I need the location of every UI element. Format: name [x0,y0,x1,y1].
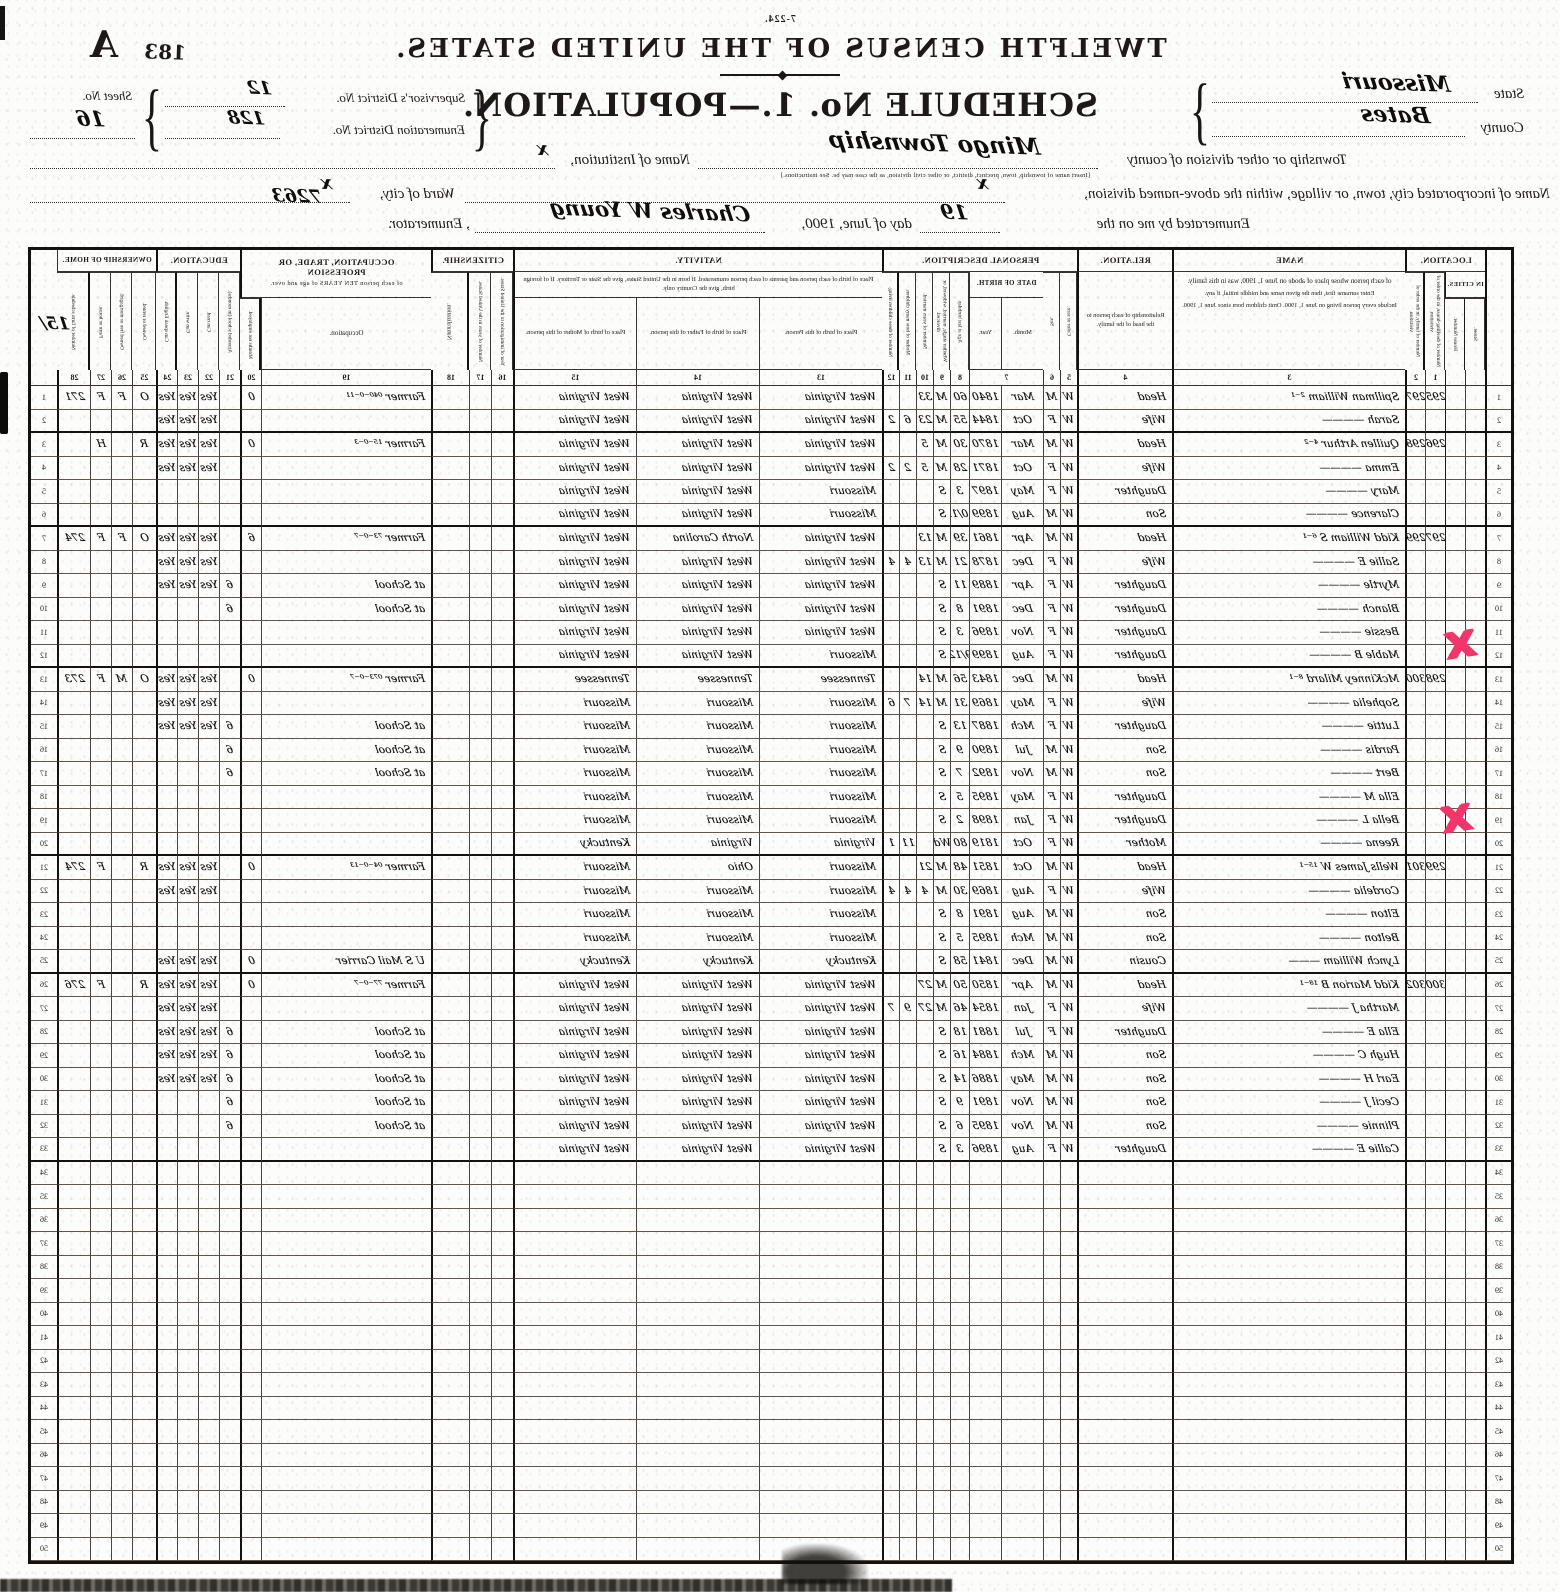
cell-cl: 2 [882,457,899,481]
cell-sc [219,1420,240,1444]
cell-fn [57,762,90,786]
cell-en [156,1162,177,1186]
cell-mar: S [933,786,950,810]
cell-cl [882,1303,899,1327]
line-number: 15 [1485,715,1511,739]
cell-age: 39 [950,527,969,551]
cell-race: W [1060,1044,1077,1068]
col-read: Can read. [198,272,219,370]
cell-street [1465,997,1485,1021]
cell-im [491,1091,513,1115]
cell-race: W [1060,927,1077,951]
cell-house [1445,1185,1465,1209]
cell-en [156,786,177,810]
cell-cl [882,645,899,669]
cell-fn [57,1068,90,1092]
cell-race: W [1060,645,1077,669]
cell-cl: 6 [882,692,899,716]
cell-mu [240,880,261,904]
cell-race: W [1060,692,1077,716]
cell-wr: Yes [177,574,198,598]
cell-mb [899,1068,916,1092]
cell-age: 46 [950,997,969,1021]
enumeration-value: 128 [226,107,267,129]
cell-rd: Yes [198,551,219,575]
cell-street [1465,1350,1485,1374]
cell-house [1445,950,1465,974]
cell-rel: Daughter [1077,621,1172,645]
cell-pb [759,1397,882,1421]
cell-yu [469,1091,491,1115]
cell-pm [513,1514,636,1538]
cell-na [431,551,469,575]
cell-im [491,1115,513,1139]
cell-na [431,621,469,645]
name-desc-2: Enter surname first, then the given name… [1205,290,1375,298]
line-number: 35 [1485,1185,1511,1209]
line-number: 1 [1485,386,1511,410]
cell-pm: Missouri [513,715,636,739]
cell-fm [111,1420,132,1444]
cell-street [1465,1162,1485,1186]
cell-na [431,950,469,974]
cell-ow [132,1256,156,1280]
cell-im [491,880,513,904]
cell-fh [90,880,111,904]
cell-en [156,1397,177,1421]
cell-yu [469,1373,491,1397]
cell-pf: West Virginia [636,480,759,504]
cell-cl [882,1373,899,1397]
num-years-married: 10 [916,370,933,386]
cell-dw [1425,645,1445,669]
cell-name [1172,1514,1405,1538]
cell-ow [132,1538,156,1562]
cell-pm: Missouri [513,880,636,904]
cell-pm [513,1232,636,1256]
num-sex: 6 [1043,370,1060,386]
cell-fam [1405,621,1425,645]
cell-mb [899,927,916,951]
cell-na [431,386,469,410]
cell-fh: F [90,668,111,692]
cell-fh [90,1091,111,1115]
cell-oc [261,997,431,1021]
cell-yu [469,903,491,927]
cell-wr [177,1350,198,1374]
num-pob-mother: 15 [513,370,636,386]
cell-ow [132,1444,156,1468]
form-number: 7-224. [0,14,1560,25]
cell-sc [219,927,240,951]
cell-race: W [1060,762,1077,786]
cell-fh [90,1538,111,1562]
cell-fn [57,1091,90,1115]
dob-header: DATE OF BIRTH. [969,272,1043,298]
cell-rel: Son [1077,504,1172,528]
cell-fh: F [90,974,111,998]
cell-street [1465,1420,1485,1444]
cell-en: Yes [156,433,177,457]
in-cities: IN CITIES. [1445,272,1485,298]
cell-im [491,668,513,692]
cell-ow [132,739,156,763]
cell-pb: West Virginia [759,527,882,551]
cell-bm [1001,1326,1043,1350]
cell-street [1465,1044,1485,1068]
cell-mu [240,457,261,481]
cell-rd: Yes [198,457,219,481]
cell-pb [759,1491,882,1515]
cell-na [431,1279,469,1303]
cell-street [1465,1091,1485,1115]
cell-fh [90,950,111,974]
cell-street [1465,1115,1485,1139]
cell-by: 1861 [969,527,1001,551]
cell-im [491,1444,513,1468]
cell-fn [57,927,90,951]
cell-fam [1405,1138,1425,1162]
cell-name: Clarence ———— [1172,504,1405,528]
cell-sex: M [1043,903,1060,927]
cell-sc: 6 [219,1115,240,1139]
cell-name: Mable B ———— [1172,645,1405,669]
cell-rd: Yes [198,527,219,551]
line-number: 31 [1485,1091,1511,1115]
cell-bm: Dec [1001,950,1043,974]
cell-im [491,1209,513,1233]
cell-cl: 4 [882,880,899,904]
cell-house [1445,1091,1465,1115]
line-number: 34 [1485,1162,1511,1186]
line-number: 19 [31,809,57,833]
cell-rd: Yes [198,1021,219,1045]
cell-street [1465,1491,1485,1515]
county-value: Bates [1359,101,1432,130]
census-title: TWELFTH CENSUS OF THE UNITED STATES. [0,34,1560,64]
cell-fh [90,1209,111,1233]
cell-house [1445,1209,1465,1233]
num-farm: 27 [90,370,111,386]
cell-mar: M [933,880,950,904]
cell-mar: M [933,457,950,481]
cell-rd [198,1279,219,1303]
cell-mar [933,1373,950,1397]
cell-by: 1869 [969,692,1001,716]
cell-street [1465,574,1485,598]
cell-pb: West Virginia [759,1138,882,1162]
cell-wr [177,833,198,857]
cell-im [491,457,513,481]
cell-mar: M [933,668,950,692]
cell-na [431,974,469,998]
line-number: 15 [31,715,57,739]
cell-oc: at School [261,1091,431,1115]
cell-fh [90,1397,111,1421]
cell-sex [1043,1185,1060,1209]
cell-rd [198,1491,219,1515]
cell-fn [57,739,90,763]
cell-street [1465,856,1485,880]
cell-mu [240,715,261,739]
cell-street [1465,1138,1485,1162]
cell-pf: West Virginia [636,410,759,434]
cell-sc: 6 [219,1068,240,1092]
cell-en [156,1303,177,1327]
cell-ow [132,410,156,434]
cell-street [1465,1326,1485,1350]
cell-street [1465,1185,1485,1209]
cell-by: 1896 [969,621,1001,645]
cell-house [1445,1326,1465,1350]
cell-wr [177,645,198,669]
cell-fh [90,809,111,833]
col-street: Street. [1465,298,1485,370]
cell-mar: M [933,410,950,434]
cell-fam [1405,410,1425,434]
cell-house [1445,1021,1465,1045]
cell-na [431,1373,469,1397]
cell-na [431,1467,469,1491]
cell-rd [198,809,219,833]
cell-na [431,598,469,622]
col-mother-of: Mother of how many children. [899,272,916,370]
cell-wr [177,480,198,504]
cell-by: 1886 [969,1068,1001,1092]
cell-na [431,1162,469,1186]
cell-age: 7 [950,762,969,786]
cell-by: 1819 [969,833,1001,857]
cell-house [1445,903,1465,927]
cell-mu [240,410,261,434]
cell-by: 1896 [969,1138,1001,1162]
cell-sc [219,903,240,927]
cell-house [1445,1256,1465,1280]
cell-by: 1890 [969,739,1001,763]
cell-name: Elton ———— [1172,903,1405,927]
cell-name [1172,1420,1405,1444]
line-number: 13 [31,668,57,692]
cell-fam: 302 [1405,974,1425,998]
cell-en: Yes [156,1044,177,1068]
cell-na [431,1420,469,1444]
cell-pf: Missouri [636,809,759,833]
cell-fam [1405,715,1425,739]
cell-cl [882,574,899,598]
cell-fh [90,551,111,575]
cell-im [491,1467,513,1491]
cell-by: 1895 [969,1115,1001,1139]
cell-cl [882,903,899,927]
cell-name [1172,1373,1405,1397]
cell-fn [57,1514,90,1538]
cell-ym [916,1044,933,1068]
cell-fh [90,762,111,786]
cell-rel: Son [1077,1115,1172,1139]
cell-age: 16 [950,1044,969,1068]
cell-im [491,950,513,974]
cell-mu [240,1491,261,1515]
cell-mb: 9 [899,997,916,1021]
cell-rel [1077,1209,1172,1233]
num-pob-father: 14 [636,370,759,386]
district-brace-right: } [142,75,162,161]
cell-fn [57,1303,90,1327]
cell-fn [57,551,90,575]
cell-cl: 7 [882,997,899,1021]
cell-oc [261,551,431,575]
cell-sex: F [1043,410,1060,434]
cell-im [491,833,513,857]
cell-en [156,1279,177,1303]
cell-by: 1884 [969,1044,1001,1068]
col-school: Attended school (in months). [219,272,240,370]
cell-fam [1405,551,1425,575]
cell-cl [882,1091,899,1115]
cell-sc [219,692,240,716]
cell-yu [469,1420,491,1444]
cell-im [491,809,513,833]
cell-pb [759,1303,882,1327]
cell-pm [513,1420,636,1444]
cell-na [431,668,469,692]
cell-name: Belton ———— [1172,927,1405,951]
cell-oc [261,786,431,810]
cell-bm: Apr [1001,527,1043,551]
cell-mb [899,1279,916,1303]
cell-fam [1405,762,1425,786]
cell-bm: Aug [1001,903,1043,927]
cell-bm [1001,1467,1043,1491]
cell-mar: M [933,692,950,716]
cell-wr [177,621,198,645]
cell-mu [240,574,261,598]
cell-dw [1425,1420,1445,1444]
cell-race: W [1060,903,1077,927]
cell-mar: S [933,1068,950,1092]
cell-oc: Farmer ⁷⁷⁻⁰⁻⁷ [261,974,431,998]
line-number: 7 [31,527,57,551]
cell-pm: Missouri [513,927,636,951]
cell-rel: Head [1077,856,1172,880]
cell-mu [240,903,261,927]
cell-ow [132,504,156,528]
cell-na [431,1538,469,1562]
cell-sex [1043,1256,1060,1280]
cell-en [156,1209,177,1233]
cell-im [491,903,513,927]
cell-yu [469,1138,491,1162]
cell-bm: Dec [1001,551,1043,575]
cell-mb [899,1044,916,1068]
cell-im [491,551,513,575]
cell-rel [1077,1279,1172,1303]
cell-bm [1001,1232,1043,1256]
cell-mar: S [933,809,950,833]
cell-fn [57,504,90,528]
cell-pf [636,1350,759,1374]
cell-pm [513,1185,636,1209]
cell-ym: 13 [916,551,933,575]
cell-house [1445,1138,1465,1162]
cell-pm: West Virginia [513,457,636,481]
line-number: 35 [31,1185,57,1209]
cell-pf: Missouri [636,927,759,951]
cell-pm: Missouri [513,692,636,716]
cell-fh [90,410,111,434]
num-street [1465,370,1485,386]
num-naturalization: 18 [431,370,469,386]
cell-fm [111,903,132,927]
cell-age: 80 [950,833,969,857]
cell-age: 2 [950,809,969,833]
cell-fn [57,1397,90,1421]
cell-race [1060,1209,1077,1233]
cell-pb: Tennessee [759,668,882,692]
line-number: 20 [1485,833,1511,857]
cell-age [950,1420,969,1444]
cell-rel: Head [1077,668,1172,692]
cell-im [491,527,513,551]
cell-pm: West Virginia [513,410,636,434]
scan-edge-artifact [0,372,8,434]
cell-sex [1043,1232,1060,1256]
cell-cl [882,1397,899,1421]
cell-sc [219,1209,240,1233]
cell-pm: West Virginia [513,598,636,622]
cell-mb [899,1467,916,1491]
cell-dw [1425,715,1445,739]
col-occupation: Occupation. [261,298,431,370]
cell-sc [219,880,240,904]
cell-fn [57,1044,90,1068]
cell-age: 9 [950,739,969,763]
num-mother-of: 11 [899,370,916,386]
cell-na [431,1256,469,1280]
cell-rd: Yes [198,1068,219,1092]
cell-en: Yes [156,551,177,575]
cell-rel: Daughter [1077,1138,1172,1162]
num-dwelling: 1 [1425,370,1445,386]
cell-en: Yes [156,997,177,1021]
cell-en [156,598,177,622]
cell-sc [219,1303,240,1327]
cell-race: W [1060,551,1077,575]
cell-house [1445,1115,1465,1139]
line-number: 36 [1485,1209,1511,1233]
cell-wr [177,1256,198,1280]
cell-fam [1405,833,1425,857]
cell-mu [240,1279,261,1303]
cell-mar [933,1350,950,1374]
cell-pm: West Virginia [513,997,636,1021]
cell-pf: West Virginia [636,645,759,669]
cell-mu [240,762,261,786]
census-grid: LOCATION. NAME RELATION. PERSONAL DESCRI… [28,247,1514,1564]
cell-ow [132,574,156,598]
cell-yu [469,1044,491,1068]
cell-pm [513,1373,636,1397]
cell-ym: 27 [916,974,933,998]
cell-mb [899,1303,916,1327]
cell-en: Yes [156,1021,177,1045]
cell-race [1060,1162,1077,1186]
cell-street [1465,1514,1485,1538]
cell-sex: M [1043,1091,1060,1115]
cell-fn: 274 [57,856,90,880]
line-number: 16 [1485,739,1511,763]
cell-en [156,1091,177,1115]
